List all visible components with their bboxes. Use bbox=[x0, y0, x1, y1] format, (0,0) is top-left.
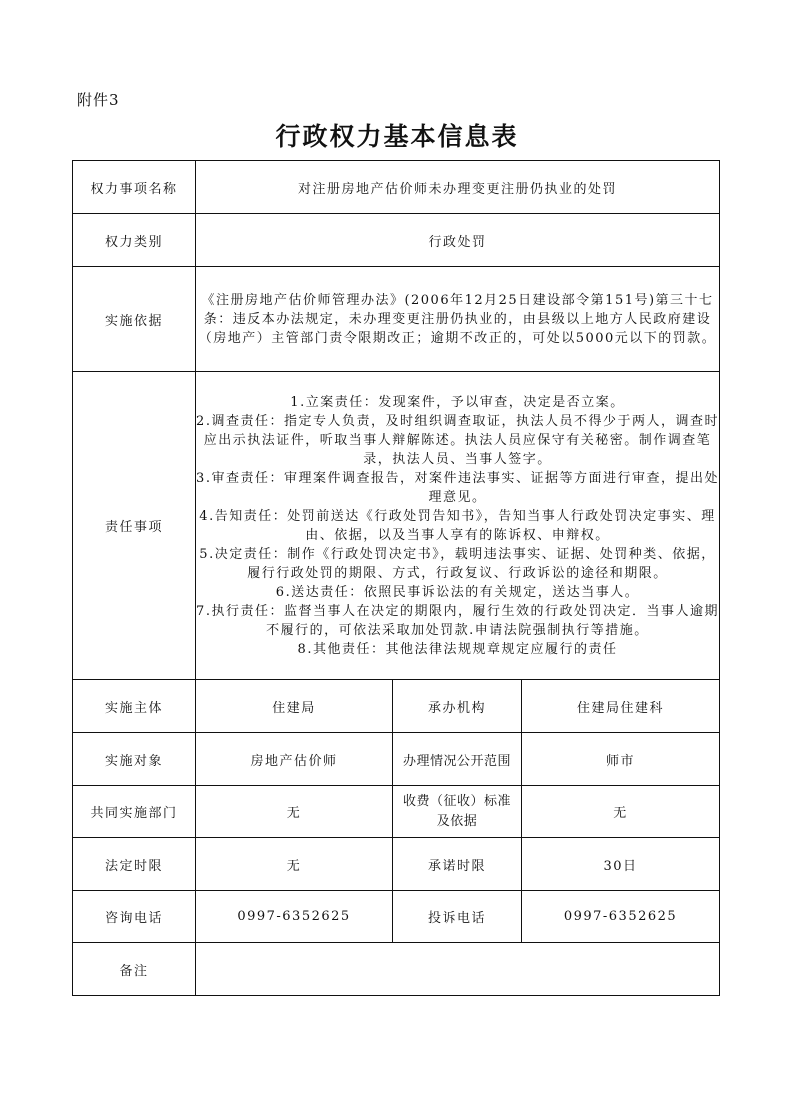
consult-phone-label: 咨询电话 bbox=[73, 891, 196, 943]
row-basis: 实施依据 《注册房地产估价师管理办法》(2006年12月25日建设部令第151号… bbox=[73, 267, 720, 372]
fee-standard-label-line2: 及依据 bbox=[393, 812, 521, 832]
basis-label: 实施依据 bbox=[73, 267, 196, 372]
basis-value: 《注册房地产估价师管理办法》(2006年12月25日建设部令第151号)第三十七… bbox=[196, 267, 720, 372]
complaint-phone-value: 0997-6352625 bbox=[522, 891, 720, 943]
responsibilities-label: 责任事项 bbox=[73, 372, 196, 680]
info-table: 权力事项名称 对注册房地产估价师未办理变更注册仍执业的处罚 权力类别 行政处罚 … bbox=[72, 160, 720, 996]
responsibility-item: 8.其他责任：其他法律法规规章规定应履行的责任 bbox=[196, 640, 719, 659]
remarks-value bbox=[196, 943, 720, 996]
power-type-label: 权力类别 bbox=[73, 214, 196, 267]
responsibility-item: 5.决定责任：制作《行政处罚决定书》，载明违法事实、证据、处罚种类、依据，履行行… bbox=[196, 545, 719, 583]
row-subject: 实施主体 住建局 承办机构 住建局住建科 bbox=[73, 680, 720, 733]
responsibilities-list: 1.立案责任：发现案件，予以审查，决定是否立案。 2.调查责任：指定专人负责，及… bbox=[196, 372, 720, 680]
promised-limit-label: 承诺时限 bbox=[393, 838, 522, 891]
fee-standard-value: 无 bbox=[522, 786, 720, 838]
legal-limit-label: 法定时限 bbox=[73, 838, 196, 891]
row-responsibilities: 责任事项 1.立案责任：发现案件，予以审查，决定是否立案。 2.调查责任：指定专… bbox=[73, 372, 720, 680]
joint-dept-value: 无 bbox=[196, 786, 393, 838]
row-remarks: 备注 bbox=[73, 943, 720, 996]
attachment-label: 附件3 bbox=[77, 89, 120, 110]
row-power-name: 权力事项名称 对注册房地产估价师未办理变更注册仍执业的处罚 bbox=[73, 161, 720, 214]
legal-limit-value: 无 bbox=[196, 838, 393, 891]
row-legal-limit: 法定时限 无 承诺时限 30日 bbox=[73, 838, 720, 891]
handling-org-value: 住建局住建科 bbox=[522, 680, 720, 733]
consult-phone-value: 0997-6352625 bbox=[196, 891, 393, 943]
fee-standard-label: 收费（征收）标准 及依据 bbox=[393, 786, 522, 838]
remarks-label: 备注 bbox=[73, 943, 196, 996]
responsibility-item: 4.告知责任：处罚前送达《行政处罚告知书》，告知当事人行政处罚决定事实、理由、依… bbox=[196, 507, 719, 545]
subject-label: 实施主体 bbox=[73, 680, 196, 733]
row-phones: 咨询电话 0997-6352625 投诉电话 0997-6352625 bbox=[73, 891, 720, 943]
power-name-label: 权力事项名称 bbox=[73, 161, 196, 214]
promised-limit-value: 30日 bbox=[522, 838, 720, 891]
responsibility-item: 6.送达责任：依照民事诉讼法的有关规定，送达当事人。 bbox=[196, 583, 719, 602]
target-value: 房地产估价师 bbox=[196, 733, 393, 786]
responsibility-item: 2.调查责任：指定专人负责，及时组织调查取证，执法人员不得少于两人，调查时应出示… bbox=[196, 412, 719, 469]
joint-dept-label: 共同实施部门 bbox=[73, 786, 196, 838]
responsibility-item: 7.执行责任：监督当事人在决定的期限内，履行生效的行政处罚决定．当事人逾期不履行… bbox=[196, 602, 719, 640]
row-joint-dept: 共同实施部门 无 收费（征收）标准 及依据 无 bbox=[73, 786, 720, 838]
disclosure-scope-label: 办理情况公开范围 bbox=[393, 733, 522, 786]
handling-org-label: 承办机构 bbox=[393, 680, 522, 733]
responsibility-item: 3.审查责任：审理案件调查报告，对案件违法事实、证据等方面进行审查，提出处理意见… bbox=[196, 469, 719, 507]
complaint-phone-label: 投诉电话 bbox=[393, 891, 522, 943]
power-name-value: 对注册房地产估价师未办理变更注册仍执业的处罚 bbox=[196, 161, 720, 214]
disclosure-scope-value: 师市 bbox=[522, 733, 720, 786]
subject-value: 住建局 bbox=[196, 680, 393, 733]
fee-standard-label-line1: 收费（征收）标准 bbox=[393, 792, 521, 812]
responsibility-item: 1.立案责任：发现案件，予以审查，决定是否立案。 bbox=[196, 393, 719, 412]
row-power-type: 权力类别 行政处罚 bbox=[73, 214, 720, 267]
target-label: 实施对象 bbox=[73, 733, 196, 786]
power-type-value: 行政处罚 bbox=[196, 214, 720, 267]
page-title: 行政权力基本信息表 bbox=[0, 117, 794, 153]
row-target: 实施对象 房地产估价师 办理情况公开范围 师市 bbox=[73, 733, 720, 786]
